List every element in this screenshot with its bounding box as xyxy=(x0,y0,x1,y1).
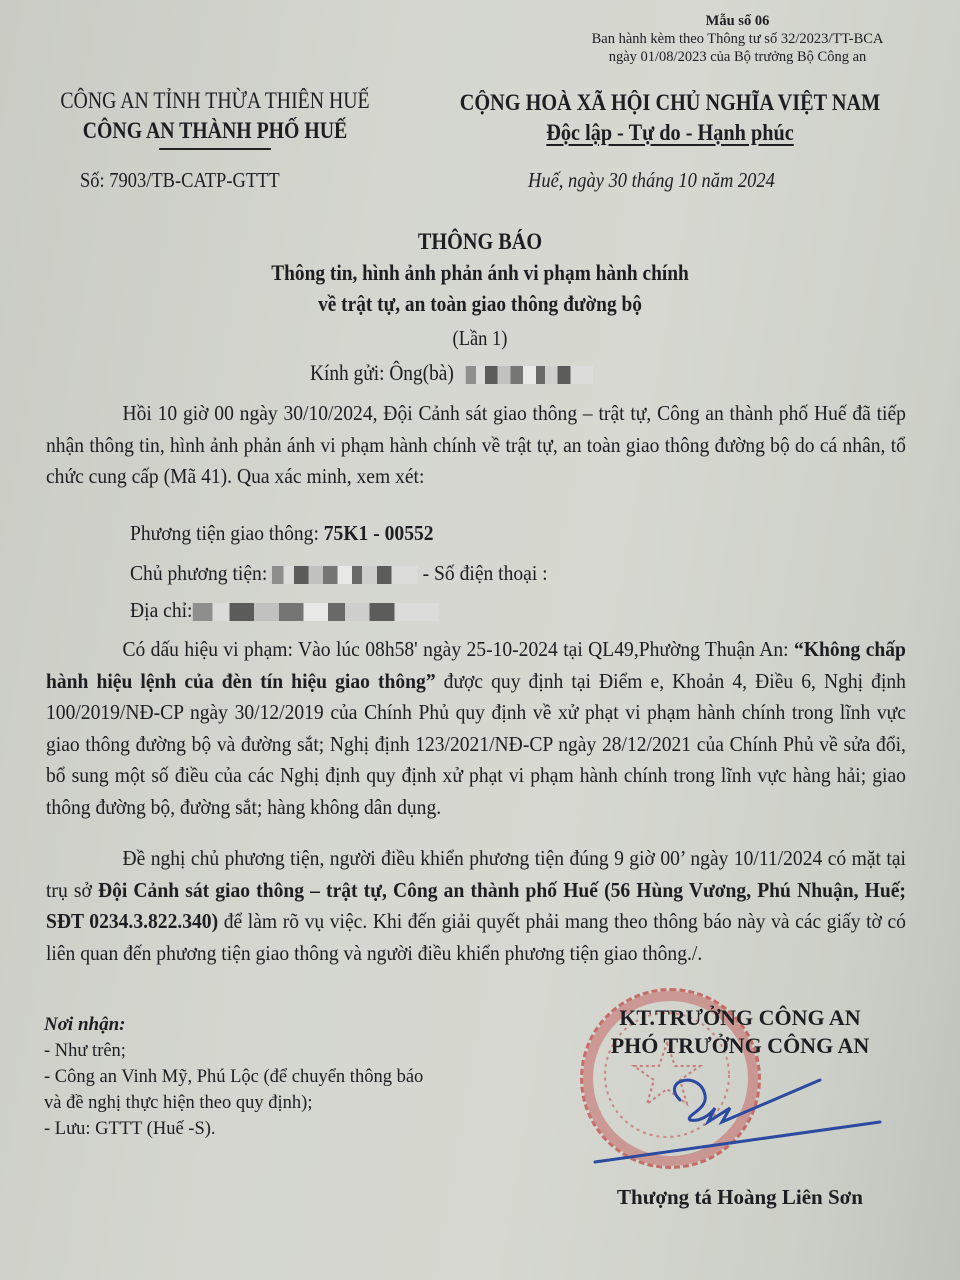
nation-name: CỘNG HOÀ XÃ HỘI CHỦ NGHĨA VIỆT NAM xyxy=(446,88,895,118)
redacted-owner xyxy=(272,566,418,584)
document-title: THÔNG BÁO Thông tin, hình ảnh phản ánh v… xyxy=(58,226,903,319)
form-meta: Mẫu số 06 Ban hành kèm theo Thông tư số … xyxy=(560,12,915,66)
address-label: Địa chỉ: xyxy=(130,598,192,622)
violation-paragraph: Có dấu hiệu vi phạm: Vào lúc 08h58' ngày… xyxy=(46,634,906,823)
redacted-name xyxy=(466,366,594,384)
form-code: Mẫu số 06 xyxy=(560,12,915,30)
vehicle-field: Phương tiện giao thông: 75K1 - 00552 xyxy=(130,521,434,546)
request-paragraph: Đề nghị chủ phương tiện, người điều khiể… xyxy=(46,843,906,969)
recipient-label: Kính gửi: Ông(bà) xyxy=(310,360,454,385)
license-plate: 75K1 - 00552 xyxy=(324,521,434,545)
distribution-item: - Công an Vinh Mỹ, Phú Lộc (để chuyển th… xyxy=(44,1064,423,1090)
violation-intro: Có dấu hiệu vi phạm: Vào lúc 08h58' ngày… xyxy=(122,637,794,661)
owner-field: Chủ phương tiện: - Số điện thoại : xyxy=(130,561,548,586)
national-motto: Độc lập - Tự do - Hạnh phúc xyxy=(446,118,895,148)
form-meta-line1: Ban hành kèm theo Thông tư số 32/2023/TT… xyxy=(560,30,915,48)
divider xyxy=(159,148,271,150)
document-number: Số: 7903/TB-CATP-GTTT xyxy=(80,168,280,193)
notice-round: (Lần 1) xyxy=(58,326,903,351)
distribution-item: - Như trên; xyxy=(44,1038,423,1064)
distribution-item: và đề nghị thực hiện theo quy định); xyxy=(44,1090,423,1116)
title-sub1: Thông tin, hình ảnh phản ánh vi phạm hàn… xyxy=(58,257,903,288)
issuer-parent-org: CÔNG AN TỈNH THỪA THIÊN HUẾ xyxy=(47,86,382,116)
intro-paragraph: Hồi 10 giờ 00 ngày 30/10/2024, Đội Cảnh … xyxy=(46,398,906,493)
signatory-title-line1: KT.TRƯỞNG CÔNG AN xyxy=(575,1004,905,1032)
distribution-item: - Lưu: GTTT (Huế -S). xyxy=(44,1116,423,1142)
distribution-heading: Nơi nhận: xyxy=(44,1012,423,1038)
address-field: Địa chỉ: xyxy=(130,598,438,623)
signer-name: Thượng tá Hoàng Liên Sơn xyxy=(575,1185,905,1210)
redacted-address xyxy=(192,603,438,621)
issuer-header: CÔNG AN TỈNH THỪA THIÊN HUẾ CÔNG AN THÀN… xyxy=(47,86,382,150)
form-meta-line2: ngày 01/08/2023 của Bộ trưởng Bộ Công an xyxy=(560,48,915,66)
issuer-org: CÔNG AN THÀNH PHỐ HUẾ xyxy=(47,116,382,146)
signatory-title-line2: PHÓ TRƯỞNG CÔNG AN xyxy=(575,1032,905,1060)
owner-label: Chủ phương tiện: xyxy=(130,561,272,585)
title-sub2: về trật tự, an toàn giao thông đường bộ xyxy=(58,288,903,319)
signature-icon xyxy=(590,1060,910,1170)
distribution-list: Nơi nhận: - Như trên; - Công an Vinh Mỹ,… xyxy=(44,1012,423,1142)
national-header: CỘNG HOÀ XÃ HỘI CHỦ NGHĨA VIỆT NAM Độc l… xyxy=(446,88,895,148)
vehicle-label: Phương tiện giao thông: xyxy=(130,521,324,545)
recipient-line: Kính gửi: Ông(bà) xyxy=(310,360,593,386)
signatory-title: KT.TRƯỞNG CÔNG AN PHÓ TRƯỞNG CÔNG AN xyxy=(575,1004,905,1060)
title-main: THÔNG BÁO xyxy=(58,226,903,257)
phone-label: - Số điện thoại : xyxy=(418,561,548,585)
place-date: Huế, ngày 30 tháng 10 năm 2024 xyxy=(528,168,775,193)
